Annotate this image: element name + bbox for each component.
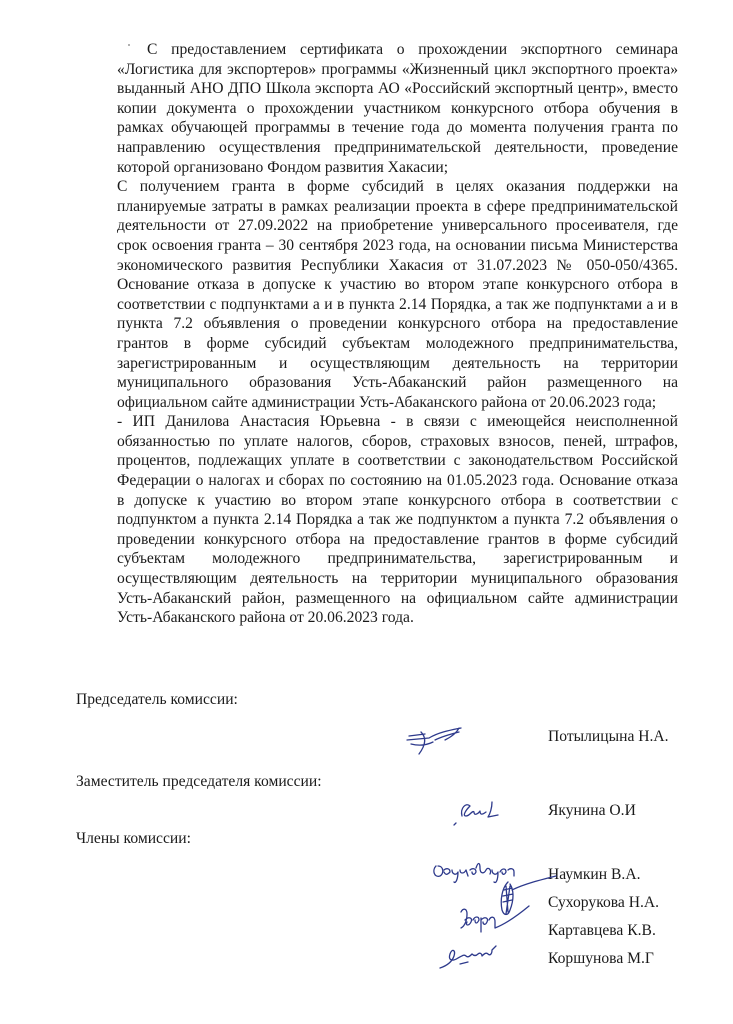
text-line: направлению осуществления предпринимател…: [117, 138, 678, 158]
deputy-label: Заместитель председателя комиссии:: [76, 772, 322, 791]
deputy-signature: [452, 798, 502, 828]
document-page: С предоставлением сертификата о прохожде…: [0, 0, 733, 1024]
text-line: обязанностью по уплате налогов, сборов, …: [117, 432, 678, 452]
text-line: осуществляющим деятельность на территори…: [117, 569, 678, 589]
text-line: соответствии с подпунктами а и в пункта …: [117, 295, 678, 315]
text-line: планируемые затраты в рамках реализации …: [117, 197, 678, 217]
member-name-2: Сухорукова Н.А.: [548, 893, 659, 912]
chair-name: Потылицына Н.А.: [548, 727, 669, 746]
text-line: копии документа о прохождении участником…: [117, 99, 678, 119]
text-line: муниципального образования Усть-Абаканск…: [117, 373, 678, 393]
member-name-4: Коршунова М.Г: [548, 949, 654, 968]
chair-signature: [405, 726, 465, 758]
member-name-3: Картавцева К.В.: [548, 921, 656, 940]
member-signature-4: [438, 936, 518, 976]
text-line: грантов в форме субсидий субъектам молод…: [117, 334, 678, 354]
text-line: зарегистрированным и осуществляющим деят…: [117, 354, 678, 374]
text-line: С получением гранта в форме субсидий в ц…: [117, 177, 678, 197]
text-line: экономического развития Республики Хакас…: [117, 256, 678, 276]
text-line: процентов, подлежащих уплате в соответст…: [117, 451, 678, 471]
text-line: Федерации о налогах и сборах по состояни…: [117, 471, 678, 491]
text-line: проведении конкурсного отбора на предост…: [117, 530, 678, 550]
text-line: С предоставлением сертификата о прохожде…: [117, 40, 678, 60]
text-line: пункта 7.2 объявления о проведении конку…: [117, 314, 678, 334]
text-line: деятельности от 27.09.2022 на приобретен…: [117, 216, 678, 236]
text-line: Усть-Абаканского района от 20.06.2023 го…: [117, 608, 678, 628]
text-line: официальном сайте администрации Усть-Аба…: [117, 393, 678, 413]
member-name-1: Наумкин В.А.: [548, 865, 640, 884]
text-line: рамках обучающей программы в течение год…: [117, 118, 678, 138]
text-line: - ИП Данилова Анастасия Юрьевна - в связ…: [117, 412, 678, 432]
chair-label: Председатель комиссии:: [76, 690, 238, 709]
text-line: подпунктом а пункта 2.14 Порядка а так ж…: [117, 510, 678, 530]
text-line: Основание отказа в допуске к участию во …: [117, 275, 678, 295]
text-line: в допуске к участию во втором этапе конк…: [117, 491, 678, 511]
text-line: выданный АНО ДПО Школа экспорта АО «Росс…: [117, 79, 678, 99]
deputy-name: Якунина О.И: [548, 801, 636, 820]
members-label: Члены комиссии:: [76, 829, 191, 848]
document-body: С предоставлением сертификата о прохожде…: [117, 40, 678, 628]
text-line: Усть-Абаканский район, размещенного на о…: [117, 589, 678, 609]
text-line: которой организовано Фондом развития Хак…: [117, 158, 678, 178]
text-line: «Логистика для экспортеров» программы «Ж…: [117, 60, 678, 80]
text-line: субъектам молодежного предпринимательств…: [117, 549, 678, 569]
text-line: срок освоения гранта – 30 сентября 2023 …: [117, 236, 678, 256]
